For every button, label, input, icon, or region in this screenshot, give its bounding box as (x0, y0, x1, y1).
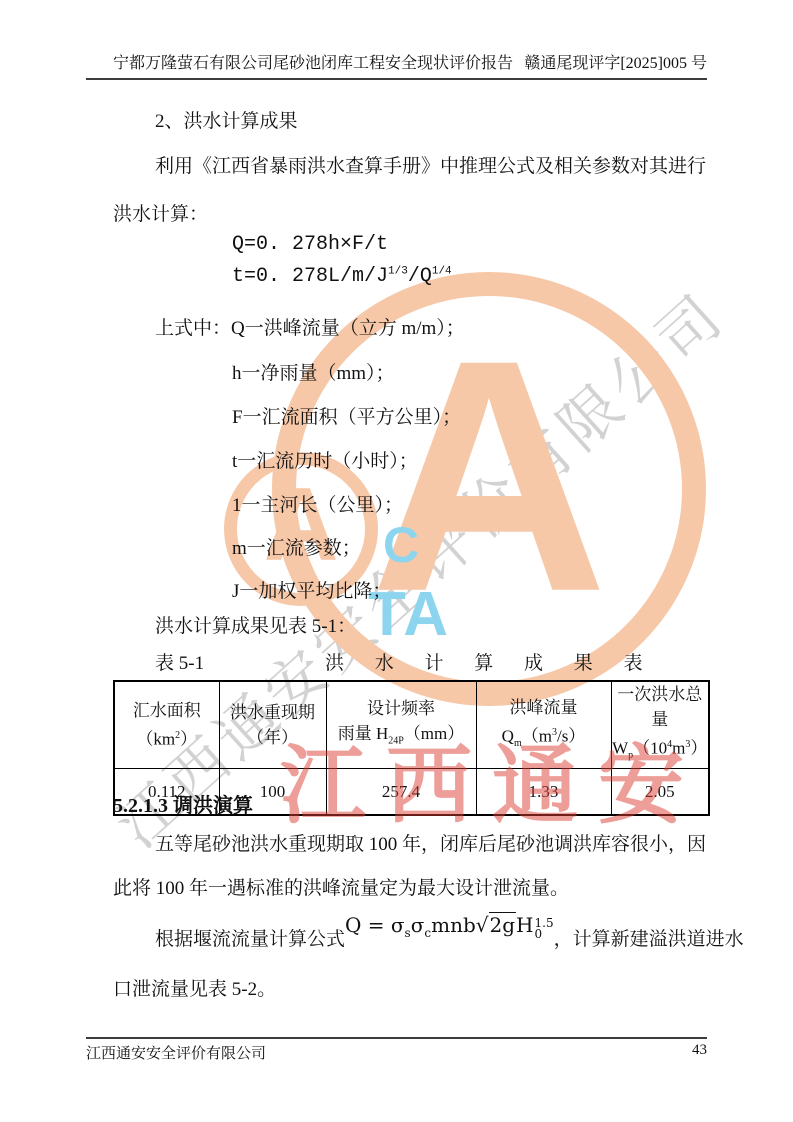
watermark-small-logo-letter-a: A (263, 473, 338, 577)
paragraph-line: 利用《江西省暴雨洪水查算手册》中推理公式及相关参数对其进行 (155, 151, 706, 178)
formula-part: σ (411, 913, 425, 937)
unit-text: （10 (633, 739, 667, 758)
definition-line: m一汇流参数； (232, 533, 361, 560)
header-line: Wp（104m3） (612, 732, 709, 768)
weir-flow-formula: Q = σsσcmnb√2gH1.50 (345, 913, 554, 940)
watermark-cyan-letter-c: C (383, 520, 419, 570)
table-header-catchment-area: 汇水面积 （km2） (114, 681, 219, 769)
unit-text: （mm） (404, 724, 464, 743)
formula-supsub: 1.50 (535, 918, 554, 940)
header-line: 一次洪水总量 (612, 682, 709, 732)
section-number-2: 2、洪水计算成果 (155, 106, 298, 133)
watermark-logo-letter-a: A (370, 311, 608, 641)
definition-line: F一汇流面积（平方公里）； (232, 402, 461, 429)
header-line: 设计频率 (327, 696, 476, 721)
section-heading-5-2-1-3: 5.2.1.3 调洪演算 (113, 789, 253, 818)
unit-text: Q (502, 726, 514, 745)
paragraph-line: 口泄流量见表 5-2。 (113, 974, 276, 1001)
radicand: 2g (489, 912, 517, 937)
definition-intro: 上式中：Q一洪峰流量（立方 m/m）； (155, 313, 465, 340)
formula-part: Q = σ (345, 913, 405, 937)
header-line: （年） (220, 725, 326, 750)
unit-sub: m (514, 738, 522, 749)
formula-t-base1: t=0. 278L/m/J (232, 265, 388, 288)
paragraph-line: 洪水计算： (113, 199, 208, 226)
header-line: Qm（m3/s） (477, 720, 611, 756)
footer-page-number: 43 (692, 1042, 707, 1063)
definition-line: 1一主河长（公里）； (232, 490, 403, 517)
definition-line: h一净雨量（mm）； (232, 358, 395, 385)
formula-t-base2: /Q (408, 265, 432, 288)
table-data-design-rainfall: 257.4 (326, 769, 476, 816)
formula-t-exp2: 1/4 (432, 265, 452, 277)
unit-text: ） (180, 730, 197, 749)
unit-text: （m (522, 726, 552, 745)
header-report-title: 宁都万隆萤石有限公司尾砂池闭库工程安全现状评价报告 (113, 50, 513, 73)
unit-text: 雨量 H (338, 724, 389, 743)
page-footer: 江西通安安全评价有限公司 43 (86, 1037, 707, 1063)
table-caption-title: 洪 水 计 算 成 果 表 (325, 648, 656, 675)
definition-line: t一汇流历时（小时）； (232, 446, 418, 473)
table-caption-label: 表 5-1 (155, 648, 204, 675)
formula-sub: 0 (535, 929, 554, 940)
unit-text: W (612, 739, 628, 758)
table-header-design-rainfall: 设计频率 雨量 H24P（mm） (326, 681, 476, 769)
page-header: 宁都万隆萤石有限公司尾砂池闭库工程安全现状评价报告 赣通尾现评字[2025]00… (86, 50, 707, 80)
paragraph-line: 此将 100 年一遇标准的洪峰流量定为最大设计泄流量。 (113, 873, 569, 900)
header-line: 洪水重现期 (220, 700, 326, 725)
see-table-line: 洪水计算成果见表 5-1： (155, 611, 356, 638)
table-header-peak-flow: 洪峰流量 Qm（m3/s） (476, 681, 611, 769)
unit-sub: 24P (388, 736, 404, 747)
formula-t-exp1: 1/3 (388, 265, 408, 277)
paragraph-text: ，计算新建溢洪道进水 (554, 929, 744, 950)
table-data-total-flood-volume: 2.05 (611, 769, 709, 816)
definition-line: J一加权平均比降； (232, 576, 391, 603)
paragraph-text: 根据堰流流量计算公式 (155, 929, 345, 950)
header-line: 雨量 H24P（mm） (327, 721, 476, 753)
unit-text: /s） (557, 726, 585, 745)
formula-part: H (516, 913, 533, 937)
weir-formula-paragraph: 根据堰流流量计算公式Q = σsσcmnb√2gH1.50，计算新建溢洪道进水 (155, 924, 744, 953)
radical-sign: √ (476, 913, 489, 937)
unit-text: m (672, 739, 685, 758)
header-line: 洪峰流量 (477, 695, 611, 720)
formula-q: Q=0. 278h×F/t (232, 233, 388, 256)
formula-t: t=0. 278L/m/J1/3/Q1/4 (232, 265, 452, 288)
document-page: 江西通安安全评价有限公司 A A C TA 宁都万隆萤石有限公司尾砂池闭库工程安… (0, 0, 793, 1122)
footer-company-name: 江西通安安全评价有限公司 (86, 1042, 266, 1063)
header-document-number: 赣通尾现评字[2025]005 号 (524, 50, 707, 73)
paragraph-line: 五等尾砂池洪水重现期取 100 年，闭库后尾砂池调洪库容很小，因 (155, 829, 706, 856)
header-line: 汇水面积 (115, 698, 219, 723)
unit-text: ） (690, 739, 707, 758)
unit-text: （km (136, 730, 175, 749)
table-header-total-flood-volume: 一次洪水总量 Wp（104m3） (611, 681, 709, 769)
table-data-peak-flow: 1.33 (476, 769, 611, 816)
table-header-return-period: 洪水重现期 （年） (219, 681, 326, 769)
header-line: （km2） (115, 723, 219, 752)
formula-part: mnb (431, 913, 476, 937)
